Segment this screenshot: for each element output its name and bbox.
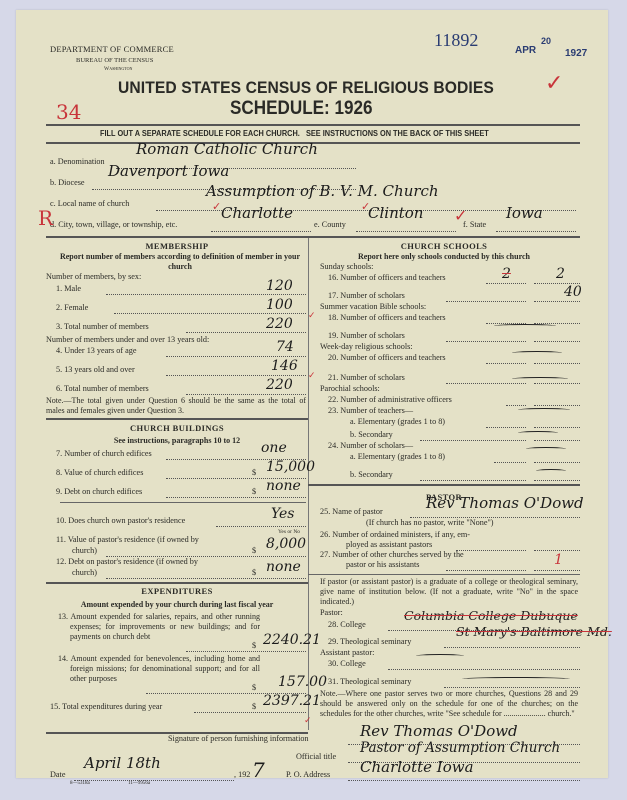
edifice-count-field[interactable]: one [261, 440, 287, 456]
total-members-field[interactable]: 220 [266, 316, 293, 332]
schools-title: CHURCH SCHOOLS [308, 241, 580, 251]
female-count-field[interactable]: 100 [266, 297, 293, 313]
dash-scribble [462, 677, 570, 681]
school-item-label: 23. Number of teachers— [328, 406, 413, 415]
school-item-label: 20. Number of officers and teachers [328, 353, 446, 362]
red-mark-r: R [38, 206, 53, 230]
po-address-field[interactable]: Charlotte Iowa [360, 758, 474, 776]
department-label: DEPARTMENT OF COMMERCE [50, 44, 174, 54]
pastor-name-field[interactable]: Rev Thomas O'Dowd [426, 494, 584, 512]
school-item-label: 21. Number of scholars [328, 373, 405, 382]
parochial-schools-label: Parochial schools: [320, 384, 380, 393]
weekday-schools-label: Week-day religious schools: [320, 342, 413, 351]
official-title-field[interactable]: Pastor of Assumption Church [360, 740, 560, 756]
year-prefix: , 192 [234, 770, 250, 779]
school-item-label: 19. Number of scholars [328, 331, 405, 340]
city-field[interactable]: Charlotte [221, 204, 293, 222]
red-checkmark: ✓ [212, 200, 221, 213]
school-item-label: a. Elementary (grades 1 to 8) [350, 452, 445, 461]
schools-subtitle: Report here only schools conducted by th… [308, 252, 580, 262]
under-13-field[interactable]: 74 [276, 339, 294, 355]
divider [308, 574, 580, 575]
school-item-label: a. Elementary (grades 1 to 8) [350, 417, 445, 426]
pastor-seminary-field[interactable]: St Mary's Baltimore Md. [456, 624, 612, 639]
total-expenditures-field[interactable]: 2397.21 [263, 693, 321, 709]
divider [46, 124, 580, 126]
pastor-item-label: 25. Name of pastor [320, 507, 383, 516]
diocese-label: b. Diocese [50, 178, 85, 187]
received-month: APR [515, 45, 536, 56]
state-field[interactable]: Iowa [506, 204, 543, 222]
denomination-label: a. Denomination [50, 157, 105, 166]
membership-subtitle: Report number of members according to de… [56, 252, 304, 272]
dash-scribble [518, 408, 570, 412]
summer-schools-label: Summer vacation Bible schools: [320, 302, 426, 311]
member-item-label: 2. Female [56, 303, 88, 312]
school-item-label: 24. Number of scholars— [328, 441, 413, 450]
signature-field[interactable]: Rev Thomas O'Dowd [360, 722, 518, 740]
pastor-label: Pastor: [320, 608, 343, 617]
census-schedule-sheet: DEPARTMENT OF COMMERCE BUREAU OF THE CEN… [16, 10, 608, 778]
county-label: e. County [314, 220, 346, 229]
divider [46, 582, 308, 584]
officers-teachers-sunday-field-2[interactable]: 2 [556, 266, 565, 282]
dash-scribble [518, 431, 558, 435]
instruction-line: FILL OUT A SEPARATE SCHEDULE FOR EACH CH… [100, 129, 489, 138]
assistant-pastor-label: Assistant pastor: [320, 648, 374, 657]
education-item-label: 28. College [328, 620, 366, 629]
over-13-field[interactable]: 146 [271, 358, 298, 374]
edifice-value-field[interactable]: 15,000 [266, 459, 315, 475]
red-handwritten-number: 34 [56, 100, 81, 124]
pastor-item-label: 26. Number of ordained ministers, if any… [320, 530, 470, 539]
age-label: Number of members under and over 13 year… [46, 335, 209, 344]
owns-residence-field[interactable]: Yes [271, 506, 295, 522]
bureau-label: BUREAU OF THE CENSUS [76, 57, 153, 64]
school-item-label: 17. Number of scholars [328, 291, 405, 300]
running-expenses-field[interactable]: 2240.21 [263, 632, 321, 648]
edifice-debt-field[interactable]: none [266, 478, 301, 494]
red-checkmark: ✓ [545, 70, 563, 96]
local-name-label: c. Local name of church [50, 199, 129, 208]
officers-teachers-sunday-field[interactable]: 2 [502, 266, 511, 282]
local-name-field[interactable]: Assumption of B. V. M. Church [206, 182, 439, 200]
official-title-label: Official title [296, 752, 336, 761]
membership-title: MEMBERSHIP [46, 241, 308, 251]
dash-scribble [536, 469, 566, 473]
expenditures-title: EXPENDITURES [46, 586, 308, 596]
received-day: 20 [541, 36, 551, 46]
red-checkmark: ✓ [361, 200, 370, 213]
po-address-label: P. O. Address [286, 770, 330, 779]
expenditures-subtitle: Amount expended by your church during la… [46, 600, 308, 610]
signature-label: Signature of person furnishing informati… [168, 734, 309, 743]
red-checkmark: ✓ [304, 715, 312, 726]
building-item-label: 11. Value of pastor's residence (if owne… [56, 535, 199, 544]
dash-scribble [494, 324, 556, 328]
education-item-label: 31. Theological seminary [328, 677, 411, 686]
pastor-item-label: 27. Number of other churches served by t… [320, 550, 464, 559]
education-item-label: 30. College [328, 659, 366, 668]
serial-number-stamp: 11892 [434, 30, 478, 51]
buildings-title: CHURCH BUILDINGS [46, 423, 308, 433]
received-year: 1927 [565, 48, 587, 59]
building-item-label: 12. Debt on pastor's residence (if owned… [56, 557, 198, 566]
education-item-label: 29. Theological seminary [328, 637, 411, 646]
dash-scribble [512, 351, 562, 355]
by-sex-label: Number of members, by sex: [46, 272, 141, 281]
building-item-label: 7. Number of church edifices [56, 449, 152, 458]
member-item-label: 5. 13 years old and over [56, 365, 135, 374]
divider [60, 502, 306, 503]
dash-scribble [416, 654, 464, 658]
form-code: 8—5318a [70, 781, 90, 786]
year-field[interactable]: 7 [252, 758, 265, 782]
divider [46, 236, 580, 238]
diocese-field[interactable]: Davenport Iowa [108, 162, 229, 180]
dash-scribble [526, 447, 566, 451]
building-item-label: 9. Debt on church edifices [56, 487, 142, 496]
city-field-label: d. City, town, village, or township, etc… [50, 220, 177, 229]
pastor-none-hint: (If church has no pastor, write "None") [366, 518, 494, 527]
yes-no-hint: Yes or No [278, 529, 300, 535]
form-code: 11—9956a [128, 781, 150, 786]
city-label: Washington [104, 66, 132, 72]
county-field[interactable]: Clinton [368, 204, 423, 222]
residence-debt-field[interactable]: none [266, 559, 301, 575]
pastor-college-field[interactable]: Columbia College Dubuque [404, 608, 578, 623]
school-item-label: b. Secondary [350, 430, 393, 439]
total-members-6-field[interactable]: 220 [266, 377, 293, 393]
residence-value-field[interactable]: 8,000 [266, 536, 306, 552]
membership-note: Note.—The total given under Question 6 s… [46, 396, 306, 416]
building-item-label: 10. Does church own pastor's residence [56, 516, 185, 525]
school-item-label: b. Secondary [350, 470, 393, 479]
graduate-note: If pastor (or assistant pastor) is a gra… [320, 577, 578, 607]
date-label: Date [50, 770, 65, 779]
schedule-title: SCHEDULE: 1926 [230, 98, 373, 120]
denomination-field[interactable]: Roman Catholic Church [136, 140, 318, 158]
member-item-label: 6. Total number of members [56, 384, 149, 393]
date-field[interactable]: April 18th [84, 754, 161, 772]
scholars-sunday-field[interactable]: 40 [564, 284, 582, 300]
school-item-label: 16. Number of officers and teachers [328, 273, 446, 282]
divider [308, 484, 580, 486]
other-churches-field[interactable]: 1 [554, 552, 563, 568]
school-item-label: 18. Number of officers and teachers [328, 313, 446, 322]
expenditure-item-14: 14. Amount expended for benevolences, in… [56, 654, 260, 684]
expenditure-item-15: 15. Total expenditures during year [50, 702, 162, 711]
red-checkmark: ✓ [454, 206, 467, 226]
red-checkmark: ✓ [308, 370, 316, 381]
male-count-field[interactable]: 120 [266, 278, 293, 294]
form-title: UNITED STATES CENSUS OF RELIGIOUS BODIES [118, 78, 494, 98]
multiple-churches-note: Note.—Where one pastor serves two or mor… [320, 689, 578, 719]
benevolences-field[interactable]: 157.00 [278, 674, 327, 690]
divider [46, 418, 308, 420]
member-item-label: 3. Total number of members [56, 322, 149, 331]
expenditure-item-13: 13. Amount expended for salaries, repair… [56, 612, 260, 642]
member-item-label: 4. Under 13 years of age [56, 346, 136, 355]
sunday-schools-label: Sunday schools: [320, 262, 373, 271]
school-item-label: 22. Number of administrative officers [328, 395, 452, 404]
red-checkmark: ✓ [308, 310, 316, 321]
building-item-label: 8. Value of church edifices [56, 468, 143, 477]
member-item-label: 1. Male [56, 284, 81, 293]
dash-scribble [512, 377, 568, 381]
